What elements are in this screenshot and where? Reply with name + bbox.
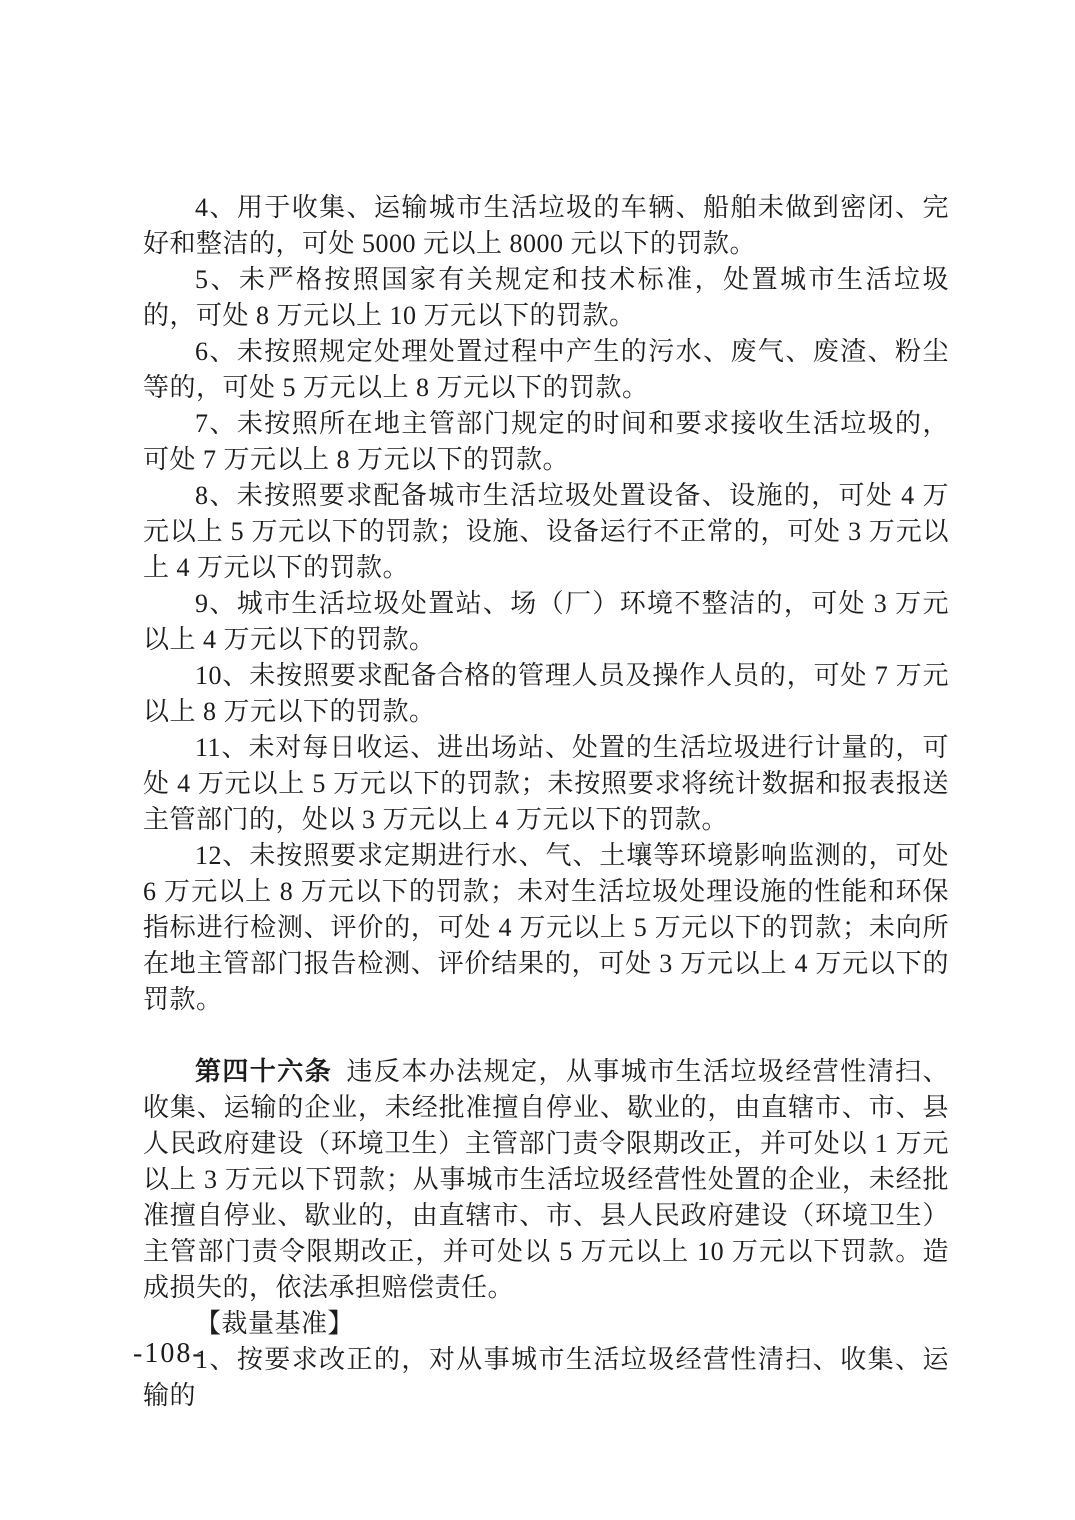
penalty-item-5: 5、未严格按照国家有关规定和技术标准，处置城市生活垃圾的，可处 8 万元以上 1…: [143, 262, 949, 334]
penalty-item-6: 6、未按照规定处理处置过程中产生的污水、废气、废渣、粉尘等的，可处 5 万元以上…: [143, 334, 949, 406]
penalty-item-12: 12、未按照要求定期进行水、气、土壤等环境影响监测的，可处 6 万元以上 8 万…: [143, 838, 949, 1018]
document-page: 4、用于收集、运输城市生活垃圾的车辆、船舶未做到密闭、完好和整洁的，可处 500…: [0, 0, 1075, 1520]
page-number: -108-: [133, 1338, 204, 1370]
article-46-text: 违反本办法规定，从事城市生活垃圾经营性清扫、收集、运输的企业，未经批准擅自停业、…: [143, 1057, 949, 1302]
penalty-item-7: 7、未按照所在地主管部门规定的时间和要求接收生活垃圾的，可处 7 万元以上 8 …: [143, 406, 949, 478]
penalty-item-8: 8、未按照要求配备城市生活垃圾处置设备、设施的，可处 4 万元以上 5 万元以下…: [143, 478, 949, 586]
discretion-item-1: 1、按要求改正的，对从事城市生活垃圾经营性清扫、收集、运输的: [143, 1342, 949, 1414]
penalty-item-10: 10、未按照要求配备合格的管理人员及操作人员的，可处 7 万元以上 8 万元以下…: [143, 658, 949, 730]
article-46-label: 第四十六条: [195, 1057, 332, 1086]
penalty-item-4: 4、用于收集、运输城市生活垃圾的车辆、船舶未做到密闭、完好和整洁的，可处 500…: [143, 190, 949, 262]
penalty-item-9: 9、城市生活垃圾处置站、场（厂）环境不整洁的，可处 3 万元以上 4 万元以下的…: [143, 586, 949, 658]
discretion-basis-heading: 【裁量基准】: [143, 1306, 949, 1342]
document-body: 4、用于收集、运输城市生活垃圾的车辆、船舶未做到密闭、完好和整洁的，可处 500…: [143, 190, 949, 1414]
article-46-paragraph: 第四十六条违反本办法规定，从事城市生活垃圾经营性清扫、收集、运输的企业，未经批准…: [143, 1054, 949, 1306]
penalty-item-11: 11、未对每日收运、进出场站、处置的生活垃圾进行计量的，可处 4 万元以上 5 …: [143, 730, 949, 838]
